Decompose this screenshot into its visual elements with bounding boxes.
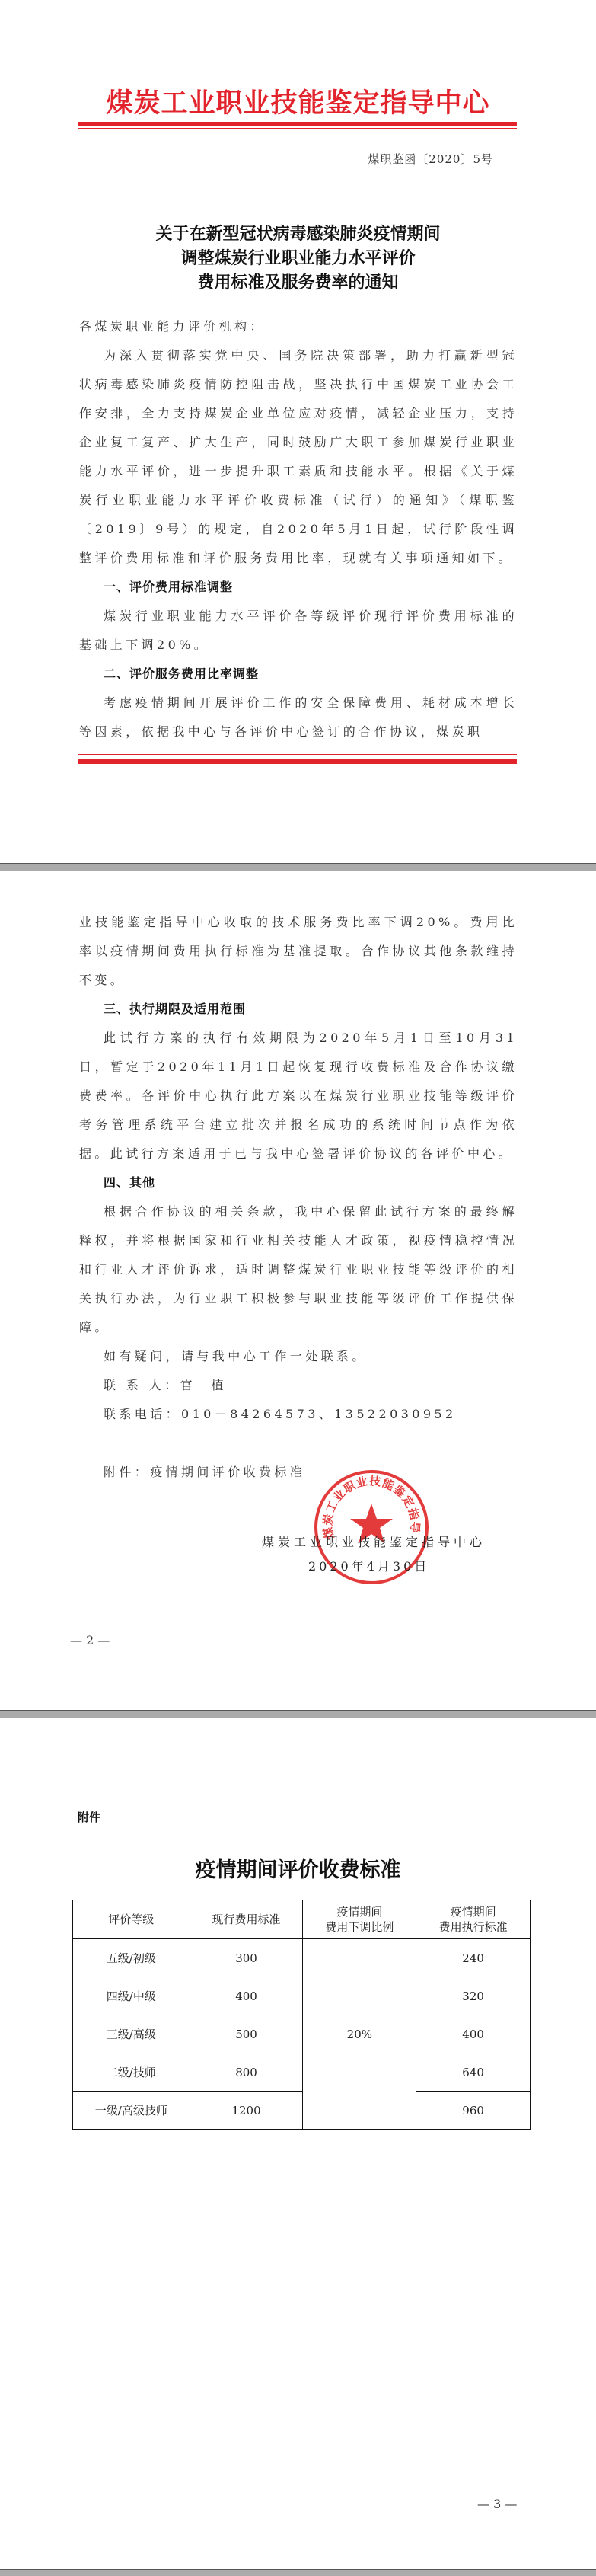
section-3-text: 此试行方案的执行有效期限为2020年5月1日至10月31日，暂定于2020年11… xyxy=(79,1024,518,1168)
cell-current-fee: 1200 xyxy=(190,2092,303,2130)
header-level: 评价等级 xyxy=(73,1900,190,1939)
cell-level: 五级/初级 xyxy=(73,1939,190,1977)
page-number-3: — 3 — xyxy=(477,2497,517,2511)
page-number-2: — 2 — xyxy=(70,1633,110,1648)
page-3 xyxy=(0,1718,596,2568)
attachment-label: 附件 xyxy=(78,1809,100,1825)
table-row: 一级/高级技师 1200 960 xyxy=(73,2092,531,2130)
cell-current-fee: 400 xyxy=(190,1977,303,2015)
section-3-heading: 三、执行期限及适用范围 xyxy=(79,995,518,1024)
salutation: 各煤炭职业能力评价机构： xyxy=(79,312,518,341)
notice-body-page-1: 各煤炭职业能力评价机构： 为深入贯彻落实党中央、国务院决策部署，助力打赢新型冠状… xyxy=(79,312,518,746)
section-1-text: 煤炭行业职业能力水平评价各等级评价现行评价费用标准的基础上下调20%。 xyxy=(79,602,518,660)
cell-level: 二级/技师 xyxy=(73,2053,190,2092)
contact-phone: 联系电话：010－84264573、13522030952 xyxy=(79,1400,518,1429)
cell-adjusted-fee: 640 xyxy=(416,2053,531,2092)
attachment-reference: 附件：疫情期间评价收费标准 xyxy=(79,1458,518,1487)
page-2: 业技能鉴定指导中心收取的技术服务费比率下调20%。费用比率以疫情期间费用执行标准… xyxy=(0,871,596,1710)
page-separator-3 xyxy=(0,2569,596,2576)
header-reduction-ratio: 疫情期间 费用下调比例 xyxy=(303,1900,416,1939)
section-4-heading: 四、其他 xyxy=(79,1168,518,1197)
cell-level: 三级/高级 xyxy=(73,2015,190,2053)
table-row: 四级/中级 400 320 xyxy=(73,1977,531,2015)
notice-title-line-3: 费用标准及服务费率的通知 xyxy=(0,271,596,296)
attachment-title: 疫情期间评价收费标准 xyxy=(0,1853,596,1883)
notice-body-page-2: 业技能鉴定指导中心收取的技术服务费比率下调20%。费用比率以疫情期间费用执行标准… xyxy=(79,908,518,1487)
letterhead-org-name: 煤炭工业职业技能鉴定指导中心 xyxy=(0,82,596,120)
section-1-heading: 一、评价费用标准调整 xyxy=(79,573,518,602)
intro-paragraph: 为深入贯彻落实党中央、国务院决策部署，助力打赢新型冠状病毒感染肺炎疫情防控阻击战… xyxy=(79,341,518,573)
letterhead-divider-thin xyxy=(78,128,517,129)
table-row: 五级/初级 300 20% 240 xyxy=(73,1939,531,1977)
letterhead-divider-thick xyxy=(78,122,517,126)
cell-adjusted-fee: 400 xyxy=(416,2015,531,2053)
cell-level: 一级/高级技师 xyxy=(73,2092,190,2130)
page-separator-2 xyxy=(0,1710,596,1718)
section-2-text-part-2: 业技能鉴定指导中心收取的技术服务费比率下调20%。费用比率以疫情期间费用执行标准… xyxy=(79,908,518,995)
table-row: 二级/技师 800 640 xyxy=(73,2053,531,2092)
header-adjusted-fee: 疫情期间 费用执行标准 xyxy=(416,1900,531,1939)
notice-title: 关于在新型冠状病毒感染肺炎疫情期间 调整煤炭行业职业能力水平评价 费用标准及服务… xyxy=(0,222,596,296)
fee-standard-table: 评价等级 现行费用标准 疫情期间 费用下调比例 疫情期间 费用执行标准 五级/初… xyxy=(72,1900,531,2130)
cell-current-fee: 500 xyxy=(190,2015,303,2053)
document-number: 煤职鉴函〔2020〕5号 xyxy=(368,151,493,167)
notice-title-line-1: 关于在新型冠状病毒感染肺炎疫情期间 xyxy=(0,222,596,247)
footer-divider-thin xyxy=(78,754,517,755)
contact-intro: 如有疑问，请与我中心工作一处联系。 xyxy=(79,1342,518,1371)
section-2-heading: 二、评价服务费用比率调整 xyxy=(79,660,518,689)
header-current-fee: 现行费用标准 xyxy=(190,1900,303,1939)
cell-adjusted-fee: 960 xyxy=(416,2092,531,2130)
signature-organization: 煤炭工业职业技能鉴定指导中心 xyxy=(262,1532,486,1550)
cell-adjusted-fee: 240 xyxy=(416,1939,531,1977)
table-header-row: 评价等级 现行费用标准 疫情期间 费用下调比例 疫情期间 费用执行标准 xyxy=(73,1900,531,1939)
contact-person: 联 系 人：官 植 xyxy=(79,1371,518,1400)
section-4-text: 根据合作协议的相关条款，我中心保留此试行方案的最终解释权，并将根据国家和行业相关… xyxy=(79,1197,518,1342)
footer-divider-thick xyxy=(78,759,517,764)
cell-reduction-ratio: 20% xyxy=(303,1939,416,2130)
cell-current-fee: 300 xyxy=(190,1939,303,1977)
table-row: 三级/高级 500 400 xyxy=(73,2015,531,2053)
page-1: 煤炭工业职业技能鉴定指导中心 煤职鉴函〔2020〕5号 关于在新型冠状病毒感染肺… xyxy=(0,0,596,863)
cell-current-fee: 800 xyxy=(190,2053,303,2092)
cell-level: 四级/中级 xyxy=(73,1977,190,2015)
page-separator-1 xyxy=(0,863,596,871)
signature-date: 2020年4月30日 xyxy=(308,1557,429,1574)
cell-adjusted-fee: 320 xyxy=(416,1977,531,2015)
notice-title-line-2: 调整煤炭行业职业能力水平评价 xyxy=(0,247,596,271)
section-2-text-part-1: 考虑疫情期间开展评价工作的安全保障费用、耗材成本增长等因素，依据我中心与各评价中… xyxy=(79,689,518,746)
